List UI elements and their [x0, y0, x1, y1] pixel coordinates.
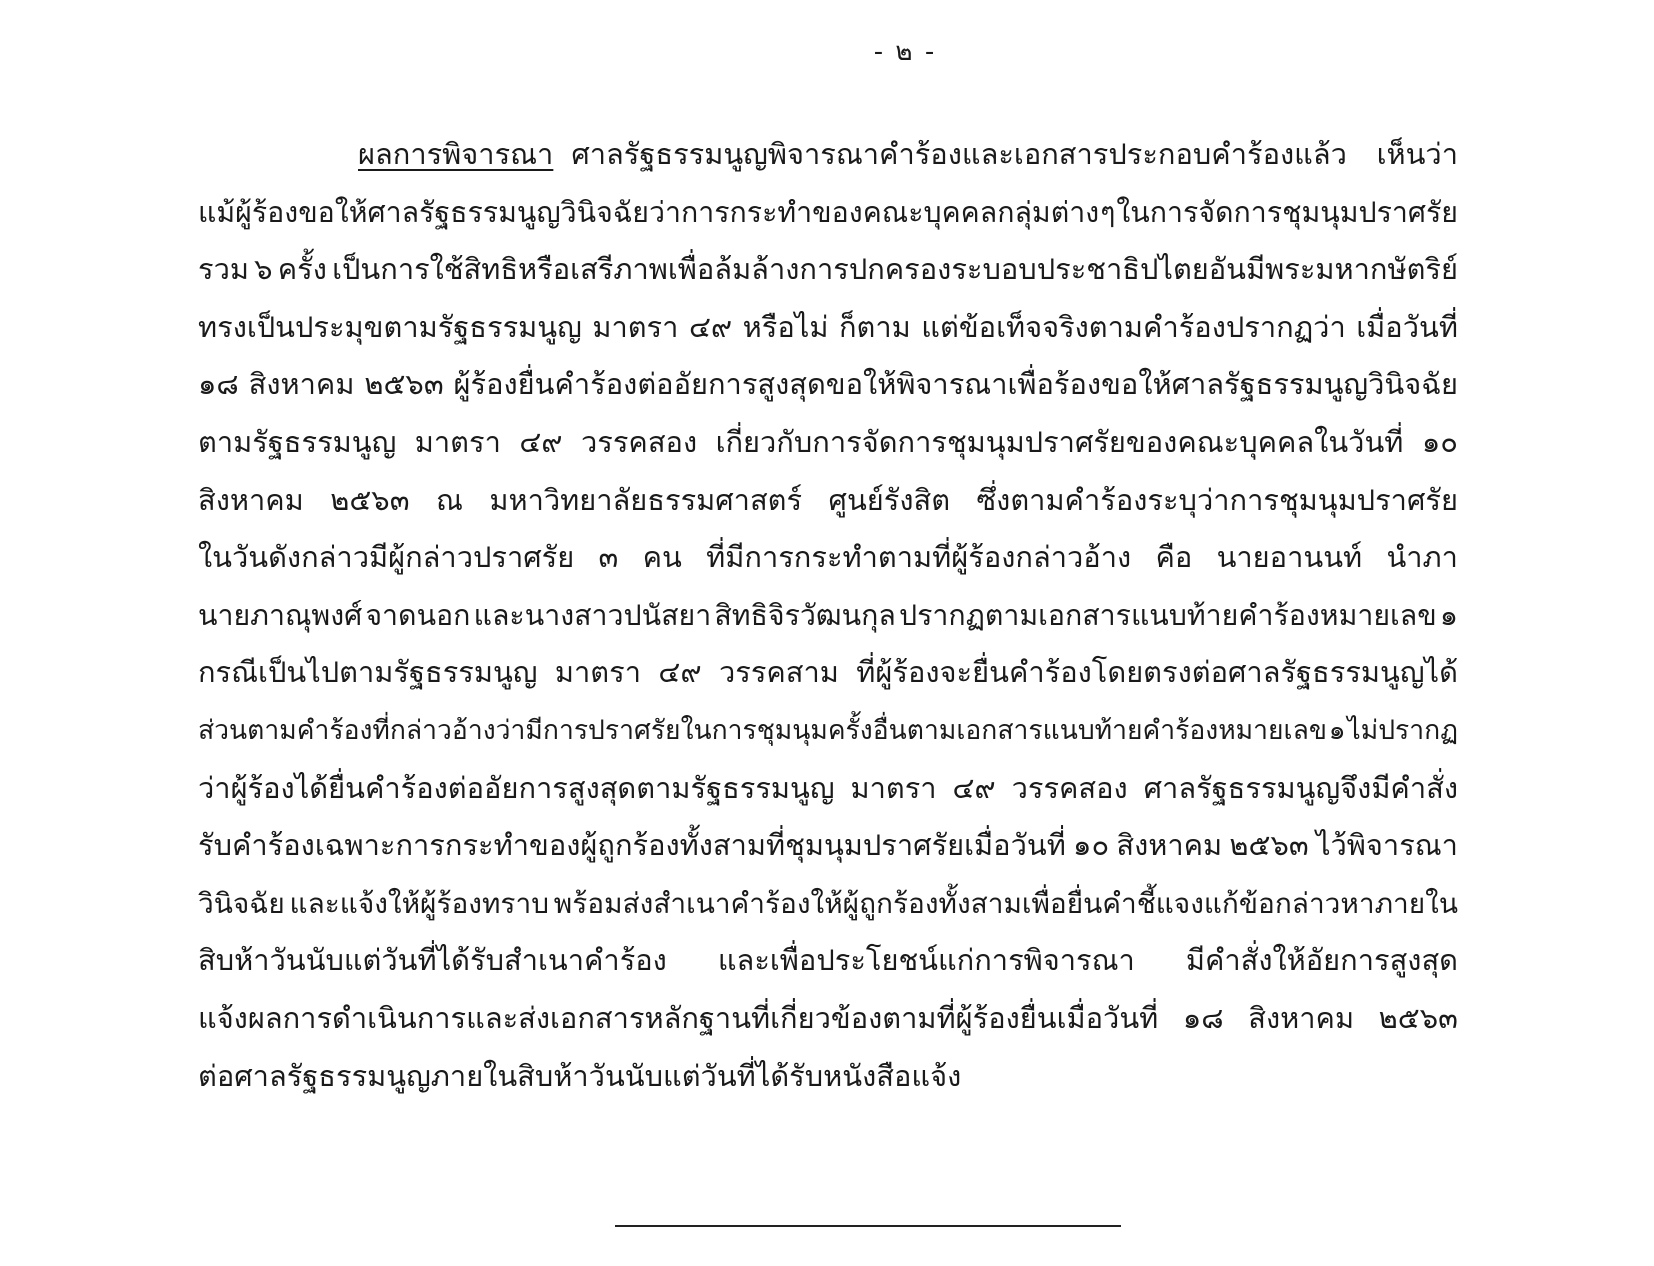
- paragraph-line: กรณีเป็นไปตามรัฐธรรมนูญมาตรา๔๙วรรคสามที่…: [198, 644, 1458, 702]
- paragraph-line: รับคำร้องเฉพาะการกระทำของผู้ถูกร้องทั้งส…: [198, 817, 1458, 875]
- paragraph-line: แม้ผู้ร้องขอให้ศาลรัฐธรรมนูญวินิจฉัยว่าก…: [198, 184, 1458, 242]
- paragraph-line: วินิจฉัยและแจ้งให้ผู้ร้องทราบพร้อมส่งสำเ…: [198, 875, 1458, 933]
- paragraph-line: แจ้งผลการดำเนินการและส่งเอกสารหลักฐานที่…: [198, 990, 1458, 1048]
- paragraph-line: สิบห้าวันนับแต่วันที่ได้รับสำเนาคำร้องแล…: [198, 932, 1458, 990]
- paragraph-line: ว่าผู้ร้องได้ยื่นคำร้องต่ออัยการสูงสุดตา…: [198, 760, 1458, 818]
- document-body: ผลการพิจารณา ศาลรัฐธรรมนูญพิจารณาคำร้องแ…: [198, 126, 1458, 1105]
- line-text: ศาลรัฐธรรมนูญพิจารณาคำร้องและเอกสารประกอ…: [571, 126, 1458, 184]
- paragraph-line: ๑๘สิงหาคม๒๕๖๓ผู้ร้องยื่นคำร้องต่ออัยการส…: [198, 356, 1458, 414]
- paragraph-line-last: ต่อศาลรัฐธรรมนูญภายในสิบห้าวันนับแต่วันท…: [198, 1048, 1458, 1106]
- section-heading: ผลการพิจารณา: [358, 126, 553, 184]
- paragraph-line: ทรงเป็นประมุขตามรัฐธรรมนูญมาตรา๔๙หรือไม่…: [198, 299, 1458, 357]
- footer-divider: [615, 1225, 1121, 1227]
- paragraph-line: นายภาณุพงศ์จาดนอกและนางสาวปนัสยาสิทธิจิร…: [198, 587, 1458, 645]
- page-number: - ๒ -: [855, 30, 955, 74]
- paragraph-line: ตามรัฐธรรมนูญมาตรา๔๙วรรคสองเกี่ยวกับการจ…: [198, 414, 1458, 472]
- paragraph-line: ส่วนตามคำร้องที่กล่าวอ้างว่ามีการปราศรัย…: [198, 702, 1458, 760]
- paragraph-line: รวม๖ครั้งเป็นการใช้สิทธิหรือเสรีภาพเพื่อ…: [198, 241, 1458, 299]
- paragraph-line-1: ผลการพิจารณา ศาลรัฐธรรมนูญพิจารณาคำร้องแ…: [198, 126, 1458, 184]
- paragraph-line: สิงหาคม๒๕๖๓ณมหาวิทยาลัยธรรมศาสตร์ศูนย์รั…: [198, 472, 1458, 530]
- paragraph-line: ในวันดังกล่าวมีผู้กล่าวปราศรัย๓คนที่มีกา…: [198, 529, 1458, 587]
